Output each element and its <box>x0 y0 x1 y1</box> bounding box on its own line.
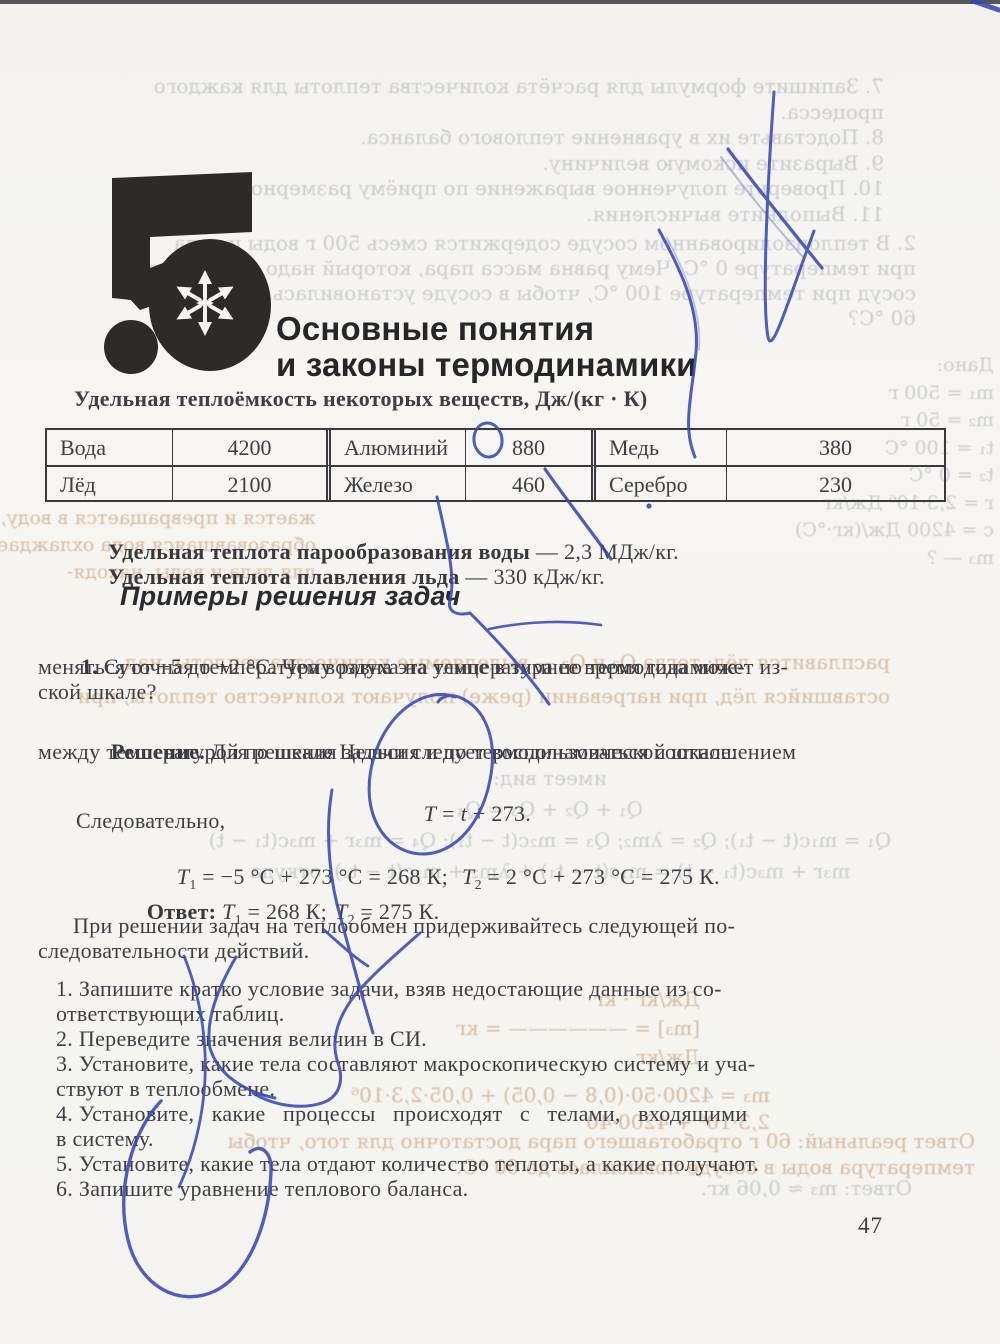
eq-var: T <box>462 864 475 889</box>
text-line: процесса. <box>52 100 884 126</box>
table-cell: 230 <box>726 465 944 500</box>
text-line: 8. Подставьте их в уравнение теплового б… <box>52 125 884 151</box>
problem1-line3: ской шкале? <box>38 679 157 704</box>
formula-var: T <box>424 801 437 826</box>
table-cell: Вода <box>47 430 172 465</box>
advice-line1: При решении задач на теплообмен придержи… <box>73 913 735 938</box>
steps-list: 1. Запишите кратко условие задачи, взяв … <box>56 976 916 1201</box>
advice-line2: следовательности действий. <box>38 938 309 963</box>
text-line: 5. Установите, какие тела отдают количес… <box>56 1151 916 1176</box>
problem1-line2: меняться от −5 до +2 °С. Чему равна эта … <box>38 654 745 679</box>
heat-capacity-table: Вода 4200 Алюминий 880 Медь 380 Лёд 2100… <box>45 428 946 502</box>
digit-5-shape <box>104 172 271 374</box>
text-line: m₃ — ? <box>842 545 994 573</box>
chapter-title-line1: Основные понятия <box>276 310 594 348</box>
page-number: 47 <box>858 1213 883 1239</box>
table-cell: Алюминий <box>326 430 465 465</box>
table-cell: Лёд <box>47 465 172 500</box>
text-line: c = 4200 Дж/(кг·°С) <box>842 517 994 545</box>
therefore-text: Следовательно, <box>76 808 225 833</box>
text-line: Дано: <box>842 352 994 380</box>
text-line: 4. Установите, какие процессы происходят… <box>56 1101 916 1126</box>
chapter-number-graphic <box>100 170 300 380</box>
text-line: в систему. <box>56 1126 916 1151</box>
text-line: 6. Запишите уравнение теплового баланса. <box>56 1176 916 1201</box>
chapter-title-line2: и законы термодинамики <box>276 346 697 384</box>
text-line: ответствующих таблиц. <box>56 1001 916 1026</box>
scan-edge <box>0 0 1000 4</box>
text-line: 2. Переведите значения величин в СИ. <box>56 1026 916 1051</box>
table-cell: 380 <box>726 430 944 465</box>
note-rest: — 330 кДж/кг. <box>460 564 605 589</box>
table-cell: Железо <box>326 465 465 500</box>
table-cell: Серебро <box>591 465 726 500</box>
eq-rhs: = 2 °С + 273 °С = 275 К. <box>482 864 720 889</box>
table-cell: 4200 <box>172 430 326 465</box>
pen-stroke <box>489 622 601 629</box>
solution-line2: между температурой по шкале Цельсия и по… <box>38 739 737 764</box>
eq-sub: 2 <box>475 878 482 893</box>
table-cell: 460 <box>465 465 591 500</box>
table-cell: Медь <box>591 430 726 465</box>
pen-dot <box>646 503 651 508</box>
table-cell: 2100 <box>172 465 326 500</box>
scanned-textbook-page: 7. Запишите формулы для расчёта количест… <box>0 0 1000 1344</box>
text-line: m₁ = 500 г <box>842 380 994 408</box>
formula-rest: + 273. <box>467 801 531 826</box>
text-line: ствуют в теплообмене. <box>56 1076 916 1101</box>
table-cell: 880 <box>465 430 591 465</box>
examples-heading: Примеры решения задач <box>120 581 461 611</box>
text-line: 3. Установите, какие тела составляют мак… <box>56 1051 916 1076</box>
table-title: Удельная теплоёмкость некоторых веществ,… <box>74 386 647 411</box>
formula-eq: = <box>436 801 460 826</box>
text-line: 7. Запишите формулы для расчёта количест… <box>52 74 884 100</box>
text-line: 1. Запишите кратко условие задачи, взяв … <box>56 976 916 1001</box>
